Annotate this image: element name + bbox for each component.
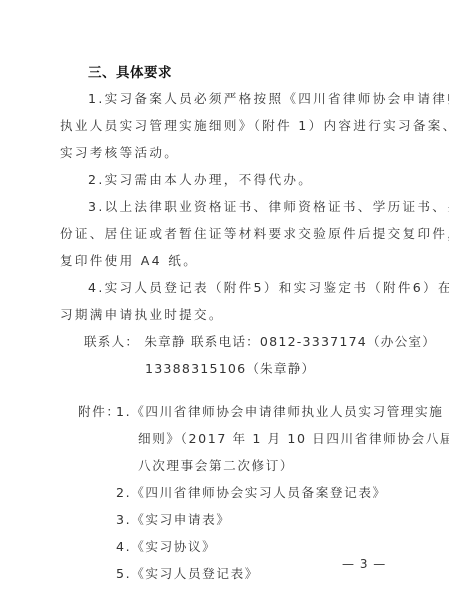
item-2-line-1: 2.实习需由本人办理，不得代办。 [88,172,313,188]
attachment-5: 5.《实习人员登记表》 [116,566,259,582]
item-3-line-1: 3.以上法律职业资格证书、律师资格证书、学历证书、身 [88,199,449,215]
item-1-line-2: 执业人员实习管理实施细则》（附件 1）内容进行实习备案、 [60,118,449,134]
attachment-2: 2.《四川省律师协会实习人员备案登记表》 [116,485,387,501]
item-1-line-1: 1.实习备案人员必须严格按照《四川省律师协会申请律师 [88,91,449,107]
section-heading: 三、具体要求 [88,65,172,81]
attachment-4: 4.《实习协议》 [116,539,216,555]
attachments-label: 附件： [78,404,121,420]
item-3-line-3: 复印件使用 A4 纸。 [60,253,198,269]
contact-line-2: 13388315106（朱章静） [145,361,315,377]
attachment-1-line-2: 细则》（2017 年 1 月 10 日四川省律师协会八届 [138,431,449,447]
item-3-line-2: 份证、居住证或者暂住证等材料要求交验原件后提交复印件， [60,226,449,242]
attachment-3: 3.《实习申请表》 [116,512,231,528]
item-1-line-3: 实习考核等活动。 [60,145,179,161]
attachment-1-line-3: 八次理事会第二次修订） [138,458,294,474]
attachment-1-line-1: 1.《四川省律师协会申请律师执业人员实习管理实施 [116,404,443,420]
page-number: — 3 — [342,556,386,572]
item-4-line-1: 4.实习人员登记表（附件5）和实习鉴定书（附件6）在实 [88,280,449,296]
contact-line-1: 联系人： 朱章静 联系电话：0812-3337174（办公室） [84,334,436,350]
item-4-line-2: 习期满申请执业时提交。 [60,307,224,323]
